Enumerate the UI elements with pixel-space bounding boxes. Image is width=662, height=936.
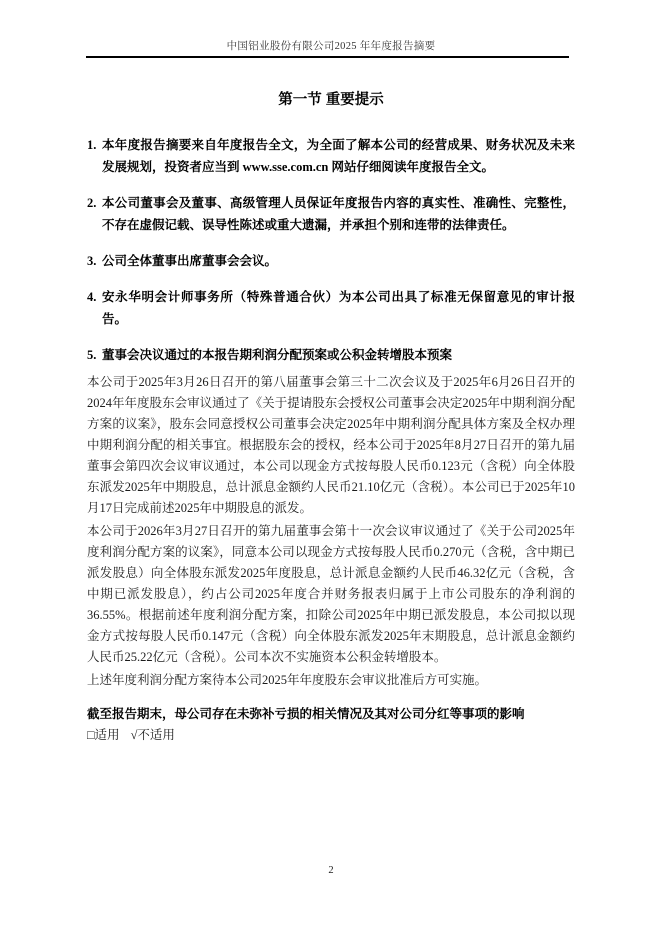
header-rule [86, 56, 569, 58]
checkbox-applicable: □适用 [87, 728, 120, 742]
list-item-3: 3. 公司全体董事出席董事会会议。 [87, 250, 575, 272]
list-item-number: 1. [87, 134, 96, 156]
list-item-5: 5. 董事会决议通过的本报告期利润分配预案或公积金转增股本预案 [87, 344, 575, 366]
paragraph-annual-dividend: 本公司于2026年3月27日召开的第九届董事会第十一次会议审议通过了《关于公司2… [87, 521, 575, 668]
document-page: 中国铝业股份有限公司2025 年年度报告摘要 第一节 重要提示 1. 本年度报告… [0, 0, 662, 936]
paragraph-interim-dividend: 本公司于2025年3月26日召开的第八届董事会第三十二次会议及于2025年6月2… [87, 372, 575, 519]
list-item-number: 4. [87, 286, 96, 308]
list-item-text: 公司全体董事出席董事会会议。 [102, 254, 277, 268]
document-content: 第一节 重要提示 1. 本年度报告摘要来自年度报告全文，为全面了解本公司的经营成… [87, 90, 575, 746]
list-item-1: 1. 本年度报告摘要来自年度报告全文，为全面了解本公司的经营成果、财务状况及未来… [87, 134, 575, 178]
paragraph-approval-note: 上述年度利润分配方案待本公司2025年年度股东会审议批准后方可实施。 [87, 670, 575, 691]
list-item-text: 本年度报告摘要来自年度报告全文，为全面了解本公司的经营成果、财务状况及未来发展规… [102, 138, 575, 174]
list-item-text: 安永华明会计师事务所（特殊普通合伙）为本公司出具了标准无保留意见的审计报告。 [102, 290, 575, 326]
unrecovered-loss-heading: 截至报告期末，母公司存在未弥补亏损的相关情况及其对公司分红等事项的影响 [87, 704, 575, 725]
running-header: 中国铝业股份有限公司2025 年年度报告摘要 [0, 40, 662, 53]
section-title: 第一节 重要提示 [87, 90, 575, 110]
page-number: 2 [0, 865, 662, 876]
list-item-number: 5. [87, 344, 96, 366]
applicability-line: □适用√不适用 [87, 725, 575, 746]
list-item-text: 本公司董事会及董事、高级管理人员保证年度报告内容的真实性、准确性、完整性，不存在… [102, 196, 575, 232]
list-item-4: 4. 安永华明会计师事务所（特殊普通合伙）为本公司出具了标准无保留意见的审计报告… [87, 286, 575, 330]
list-item-text: 董事会决议通过的本报告期利润分配预案或公积金转增股本预案 [102, 348, 452, 362]
list-item-number: 2. [87, 192, 96, 214]
checkbox-not-applicable: √不适用 [131, 728, 175, 742]
list-item-number: 3. [87, 250, 96, 272]
list-item-2: 2. 本公司董事会及董事、高级管理人员保证年度报告内容的真实性、准确性、完整性，… [87, 192, 575, 236]
